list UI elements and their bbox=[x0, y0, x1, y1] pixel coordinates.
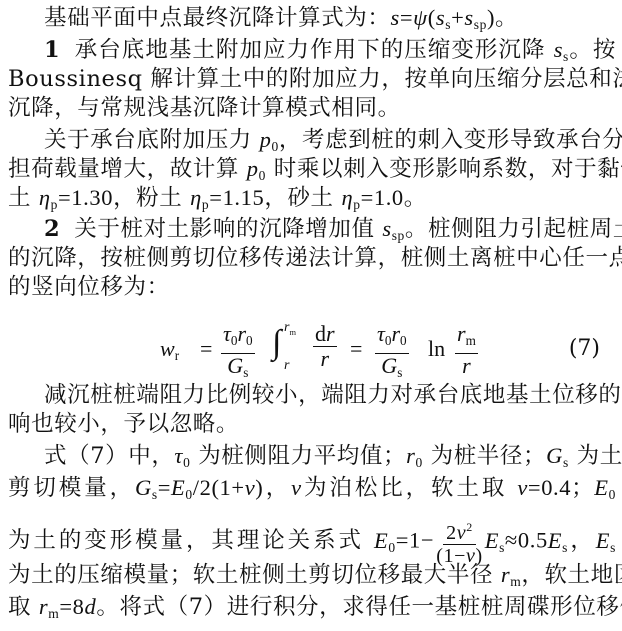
text: 式（7）中， bbox=[44, 443, 174, 469]
text: 。桩侧阻力引起桩周土 bbox=[405, 216, 622, 242]
symbol-s-sp: ssp bbox=[382, 216, 405, 241]
text: 取 bbox=[8, 594, 31, 620]
text: 关于承台底附加压力 bbox=[44, 127, 252, 153]
text: 土 bbox=[8, 185, 31, 211]
paragraph-line: 为土的变形模量，其理论关系式 E0=1−2ν2(1−ν)Es≈0.5Es，Es bbox=[8, 516, 616, 567]
paragraph-line: 土 ηp=1.30，粉土 ηp=1.15，砂土 ηp=1.0。 bbox=[8, 184, 616, 219]
text: 。将式（7）进行积分，求得任一基桩桩周碟形位移体 bbox=[96, 594, 622, 620]
text: ， bbox=[263, 475, 291, 501]
paragraph-line: 的竖向位移为： bbox=[8, 273, 616, 301]
integral-sign: ∫ bbox=[272, 324, 281, 362]
symbol-s-s: ss bbox=[554, 37, 569, 62]
text: 。 bbox=[404, 185, 427, 211]
formula-total-settlement: s bbox=[391, 5, 400, 30]
text: ，粉土 bbox=[113, 185, 182, 211]
paragraph-line: 基础平面中点最终沉降计算式为：s=ψ(ss+ssp)。 bbox=[44, 4, 616, 39]
text: Boussinesq 解计算土中的附加应力，按单向压缩分层总和法计算 bbox=[8, 66, 622, 92]
text: 。按 bbox=[569, 37, 616, 63]
text: 的竖向位移为： bbox=[8, 274, 170, 300]
fraction: 2ν2(1−ν) bbox=[436, 516, 483, 567]
paragraph-line: 剪切模量，Gs=E0/2(1+ν)，ν为泊松比，软土取 ν=0.4；E0 bbox=[8, 474, 616, 509]
section-number: 2 bbox=[44, 216, 60, 242]
text: 时乘以刺入变形影响系数，对于黏性 bbox=[274, 156, 622, 182]
text: 担荷载量增大，故计算 bbox=[8, 156, 239, 182]
text: ， bbox=[568, 528, 596, 554]
symbol-p0: p0 bbox=[247, 156, 266, 181]
equation-number: (7) bbox=[569, 336, 600, 361]
paragraph-line: 减沉桩桩端阻力比例较小，端阻力对承台底地基土位移的影 bbox=[44, 381, 616, 409]
text: 为泊松比，软土取 bbox=[302, 475, 508, 501]
text: ，软土地区 bbox=[521, 562, 622, 588]
text: 沉降，与常规浅基沉降计算模式相同。 bbox=[8, 95, 401, 121]
paragraph-line: 响也较小，予以忽略。 bbox=[8, 410, 616, 438]
text: ； bbox=[571, 475, 594, 501]
text: 为土的变形模量，其理论关系式 bbox=[8, 528, 364, 554]
equation-7: wr = τ0r0Gs ∫ rm r drr = τ0r0Gs ln rmr (… bbox=[160, 322, 600, 378]
text: 为桩半径； bbox=[431, 443, 547, 469]
section-number: 1 bbox=[44, 37, 60, 63]
text: 响也较小，予以忽略。 bbox=[8, 411, 239, 437]
text: ，砂土 bbox=[264, 185, 333, 211]
paragraph-line: Boussinesq 解计算土中的附加应力，按单向压缩分层总和法计算 bbox=[8, 65, 616, 93]
text: 基础平面中点最终沉降计算式为： bbox=[44, 5, 391, 31]
text: 减沉桩桩端阻力比例较小，端阻力对承台底地基土位移的影 bbox=[44, 382, 622, 408]
symbol-p0: p0 bbox=[260, 127, 279, 152]
text: ，考虑到桩的刺入变形导致承台分 bbox=[279, 127, 622, 153]
text: 关于桩对土影响的沉降增加值 bbox=[74, 216, 374, 242]
text: 为桩侧阻力平均值； bbox=[198, 443, 406, 469]
paragraph-line: 取 rm=8d。将式（7）进行积分，求得任一基桩桩周碟形位移体 bbox=[8, 593, 616, 628]
text: 为土的 bbox=[577, 443, 622, 469]
paragraph-line: 的沉降，按桩侧剪切位移传递法计算，桩侧土离桩中心任一点 r bbox=[8, 244, 616, 272]
paragraph-line: 沉降，与常规浅基沉降计算模式相同。 bbox=[8, 94, 616, 122]
text: 剪切模量， bbox=[8, 475, 135, 501]
text: 为土的压缩模量；软土桩侧土剪切位移最大半径 bbox=[8, 562, 493, 588]
paragraph-line: 为土的压缩模量；软土桩侧土剪切位移最大半径 rm，软土地区 bbox=[8, 561, 616, 596]
text: 承台底地基土附加应力作用下的压缩变形沉降 bbox=[74, 37, 545, 63]
ln-operator: ln bbox=[428, 336, 445, 362]
text: 的沉降，按桩侧剪切位移传递法计算，桩侧土离桩中心任一点 bbox=[8, 245, 622, 271]
paragraph-line: 式（7）中，τ0 为桩侧阻力平均值；r0 为桩半径；Gs 为土的 bbox=[44, 442, 616, 477]
